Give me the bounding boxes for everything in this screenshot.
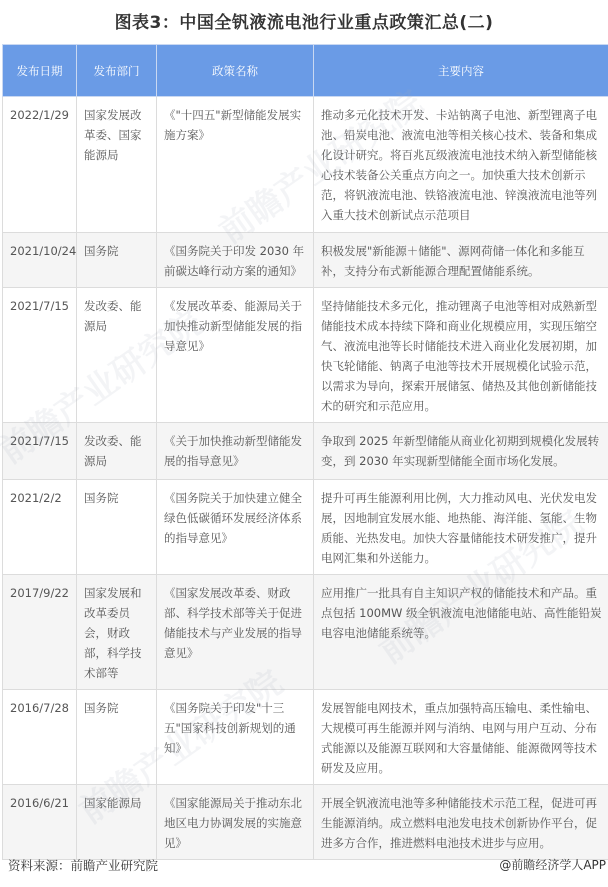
cell-date: 2021/7/15 — [3, 288, 77, 423]
cell-policy: 《国家能源局关于推动东北地区电力协调发展的实施意见》 — [157, 785, 314, 860]
cell-department: 国家发展改革委、国家能源局 — [77, 97, 157, 233]
cell-policy: 《"十四五"新型储能发展实施方案》 — [157, 97, 314, 233]
cell-content: 坚持储能技术多元化，推动锂离子电池等相对成熟新型储能技术成本持续下降和商业化规模… — [314, 288, 608, 423]
table-row: 2022/1/29 国家发展改革委、国家能源局 《"十四五"新型储能发展实施方案… — [3, 97, 608, 233]
cell-date: 2017/9/22 — [3, 575, 77, 690]
cell-content: 应用推广一批具有自主知识产权的储能技术和产品。重点包括 100MW 级全钒液流电… — [314, 575, 608, 690]
source-note: 资料来源：前瞻产业研究院 — [8, 856, 158, 874]
credit-note: @前瞻经济学人APP — [499, 856, 606, 873]
table-header-row: 发布日期 发布部门 政策名称 主要内容 — [3, 45, 608, 97]
cell-department: 国务院 — [77, 690, 157, 785]
cell-department: 国务院 — [77, 233, 157, 288]
table-row: 2016/7/28 国务院 《国务院关于印发"十三五"国家科技创新规划的通知》 … — [3, 690, 608, 785]
cell-policy: 《发展改革委、能源局关于加快推动新型储能发展的指导意见》 — [157, 288, 314, 423]
cell-content: 发展智能电网技术，重点加强特高压输电、柔性输电、大规模可再生能源并网与消纳、电网… — [314, 690, 608, 785]
cell-department: 发改委、能源局 — [77, 288, 157, 423]
cell-policy: 《国务院关于加快建立健全绿色低碳循环发展经济体系的指导意见》 — [157, 480, 314, 575]
header-department: 发布部门 — [77, 45, 157, 97]
table-row: 2021/10/24 国务院 《国务院关于印发 2030 年前碳达峰行动方案的通… — [3, 233, 608, 288]
header-main-content: 主要内容 — [314, 45, 608, 97]
table-row: 2021/7/15 发改委、能源局 《关于加快推动新型储能发展的指导意见》 争取… — [3, 423, 608, 480]
cell-content: 积极发展"新能源＋储能"、源网荷储一体化和多能互补，支持分布式新能源合理配置储能… — [314, 233, 608, 288]
cell-date: 2016/6/21 — [3, 785, 77, 860]
cell-date: 2021/7/15 — [3, 423, 77, 480]
cell-policy: 《国务院关于印发"十三五"国家科技创新规划的通知》 — [157, 690, 314, 785]
table-row: 2017/9/22 国家发展和改革委员会，财政部，科学技术部等 《国家发展改革委… — [3, 575, 608, 690]
cell-department: 发改委、能源局 — [77, 423, 157, 480]
table-row: 2021/7/15 发改委、能源局 《发展改革委、能源局关于加快推动新型储能发展… — [3, 288, 608, 423]
header-date: 发布日期 — [3, 45, 77, 97]
cell-policy: 《国家发展改革委、财政部、科学技术部等关于促进储能技术与产业发展的指导意见》 — [157, 575, 314, 690]
cell-department: 国家发展和改革委员会，财政部，科学技术部等 — [77, 575, 157, 690]
cell-department: 国务院 — [77, 480, 157, 575]
table-row: 2016/6/21 国家能源局 《国家能源局关于推动东北地区电力协调发展的实施意… — [3, 785, 608, 860]
cell-content: 提升可再生能源利用比例，大力推动风电、光伏发电发展，因地制宜发展水能、地热能、海… — [314, 480, 608, 575]
cell-date: 2022/1/29 — [3, 97, 77, 233]
cell-date: 2021/2/2 — [3, 480, 77, 575]
chart-title: 图表3：中国全钒液流电池行业重点政策汇总(二) — [0, 8, 608, 33]
cell-content: 争取到 2025 年新型储能从商业化初期到规模化发展转变，到 2030 年实现新… — [314, 423, 608, 480]
cell-content: 开展全钒液流电池等多种储能技术示范工程，促进可再生能源消纳。成立燃料电池发电技术… — [314, 785, 608, 860]
policy-table: 发布日期 发布部门 政策名称 主要内容 2022/1/29 国家发展改革委、国家… — [2, 44, 608, 860]
cell-date: 2021/10/24 — [3, 233, 77, 288]
cell-department: 国家能源局 — [77, 785, 157, 860]
header-policy-name: 政策名称 — [157, 45, 314, 97]
cell-content: 推动多元化技术开发、卡站钠离子电池、新型锂离子电池、铅炭电池、液流电池等相关核心… — [314, 97, 608, 233]
cell-date: 2016/7/28 — [3, 690, 77, 785]
cell-policy: 《关于加快推动新型储能发展的指导意见》 — [157, 423, 314, 480]
cell-policy: 《国务院关于印发 2030 年前碳达峰行动方案的通知》 — [157, 233, 314, 288]
table-row: 2021/2/2 国务院 《国务院关于加快建立健全绿色低碳循环发展经济体系的指导… — [3, 480, 608, 575]
